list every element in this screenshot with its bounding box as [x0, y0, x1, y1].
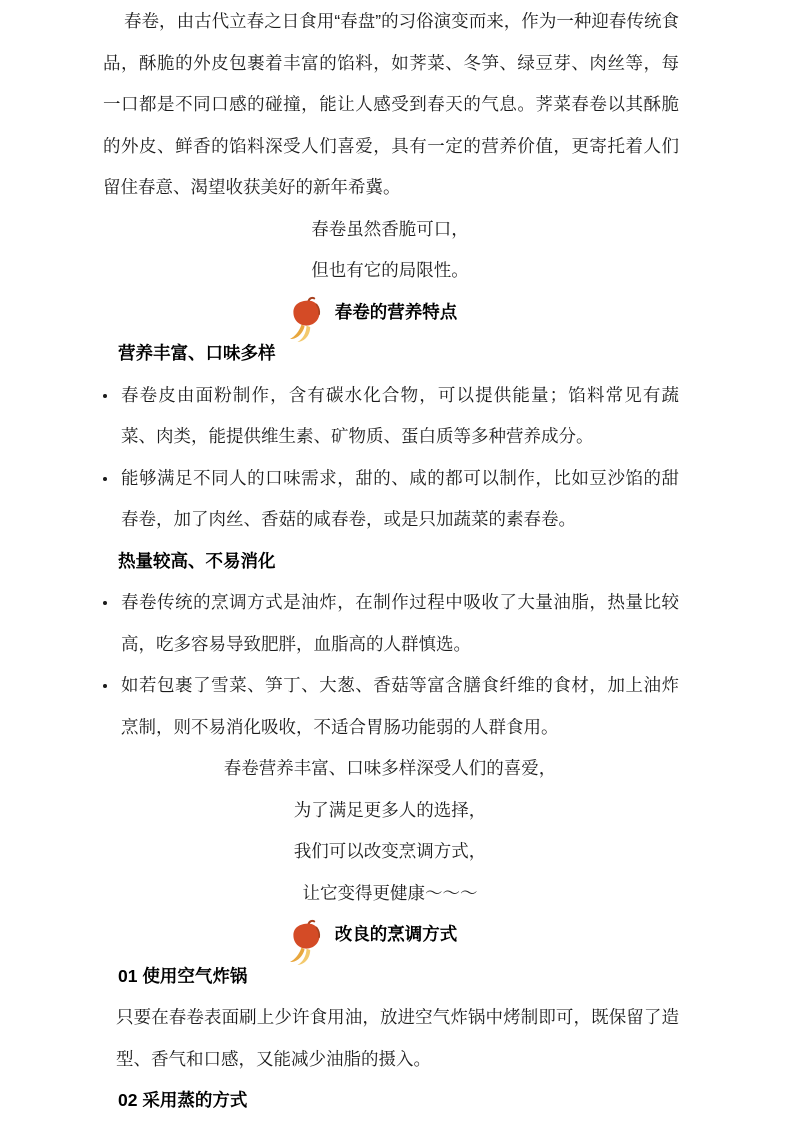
subheading-high-calorie: 热量较高、不易消化 — [118, 541, 679, 583]
subheading-nutrition-variety: 营养丰富、口味多样 — [118, 333, 679, 375]
document-page: 春卷，由古代立春之日食用“春盘”的习俗演变而来，作为一种迎春传统食品，酥脆的外皮… — [0, 0, 793, 1122]
section-heading-nutrition: 春卷的营养特点 — [83, 292, 661, 334]
intro-paragraph: 春卷，由古代立春之日食用“春盘”的习俗演变而来，作为一种迎春传统食品，酥脆的外皮… — [103, 1, 679, 209]
method-heading-steam: 02 采用蒸的方式 — [118, 1080, 679, 1122]
bullet-item: 如若包裹了雪菜、笋丁、大葱、香菇等富含膳食纤维的食材，加上油炸烹制，则不易消化吸… — [101, 665, 679, 748]
lantern-icon — [287, 919, 325, 967]
transition-line: 我们可以改变烹调方式， — [101, 831, 679, 873]
bullet-item: 春卷皮由面粉制作，含有碳水化合物，可以提供能量；馅料常见有蔬菜、肉类，能提供维生… — [101, 375, 679, 458]
bullet-item: 春卷传统的烹调方式是油炸，在制作过程中吸收了大量油脂，热量比较高，吃多容易导致肥… — [101, 582, 679, 665]
bullet-item: 能够满足不同人的口味需求，甜的、咸的都可以制作，比如豆沙馅的甜春卷，加了肉丝、香… — [101, 458, 679, 541]
transition-line: 春卷虽然香脆可口， — [101, 209, 679, 251]
transition-line: 春卷营养丰富、口味多样深受人们的喜爱， — [101, 748, 679, 790]
section-heading-methods: 改良的烹调方式 — [83, 914, 661, 956]
section-title-nutrition: 春卷的营养特点 — [335, 292, 458, 334]
section-title-methods: 改良的烹调方式 — [335, 914, 458, 956]
method-heading-airfryer: 01 使用空气炸锅 — [118, 956, 679, 998]
lantern-icon — [287, 296, 325, 344]
transition-line: 让它变得更健康～～～ — [101, 873, 679, 915]
transition-line: 为了满足更多人的选择， — [101, 790, 679, 832]
transition-line: 但也有它的局限性。 — [101, 250, 679, 292]
method-body-airfryer: 只要在春卷表面刷上少许食用油，放进空气炸锅中烤制即可，既保留了造型、香气和口感，… — [116, 997, 679, 1080]
